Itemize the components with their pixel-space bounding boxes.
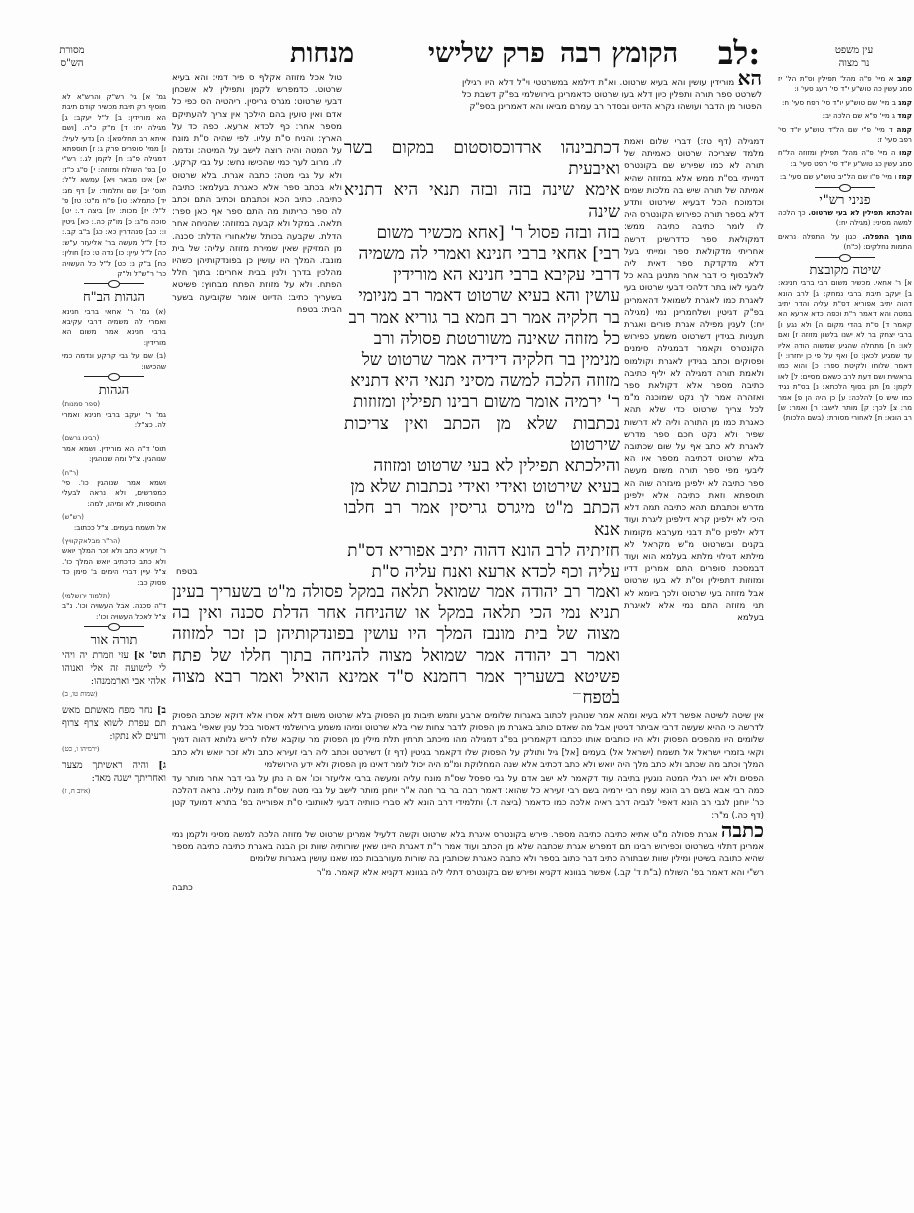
- gemara-line: והילכתא תפילין לא בעי שרטוט ומזוזה: [344, 456, 620, 477]
- ein-mishpat-column: קמב א מיי' פ"ה מהל' תפילין וס"ת הל' יז ס…: [778, 74, 912, 814]
- gemara-line: עליה וכף לכדא ארעא ואנח עליה ס"ת: [344, 562, 620, 578]
- gemara-line: ואמר רב יהודה אמר שמואל תלאה במקל פסולה …: [172, 582, 620, 603]
- ornament-divider: [84, 376, 144, 381]
- gemara-line: חזיתיה לרב הונא דהוה יתיב אפוריא דס"ת: [344, 541, 620, 562]
- ornament-divider: [815, 187, 875, 192]
- footer-commentary: אין שיטה לשיטה אפשר דלא בעיא ומהא אמר שנ…: [172, 710, 764, 1090]
- ornament-divider: [84, 626, 144, 631]
- masoret-hashas-column: גמ' א] גי' רש"ק והרש"א לא מוסיף רק תיבת …: [62, 92, 166, 972]
- gemara-line: כל מזוזה שאינה משורטטת פסולה ורב: [344, 329, 620, 350]
- masoret-hashas-label: מסורת הש"ס: [52, 44, 92, 70]
- gemara-line: ר' ירמיה אומר משום רבינו תפילין ומזוזות: [344, 392, 620, 413]
- source-ref: (רש"ש): [62, 512, 166, 522]
- penei-rashi-title: פניני רש"י: [778, 196, 912, 206]
- gloss-text: תוס' ד"ה הא מורידין. ושמא אמר שנוהגין. צ…: [62, 444, 166, 463]
- verse-text: והיה ראשיתך מצער ואחריתך ישגה מאד:: [62, 760, 166, 784]
- shita-text: א] ר' אחאי. מכשיר משום רבי ברבי חנינא: ב…: [778, 278, 912, 424]
- label-line: עין משפט: [824, 44, 884, 57]
- entry-text: מיי' פ"א שם הלכה יב:: [823, 111, 890, 120]
- commentary-text: אגרת פסולה מ"ט אתיא כתיבה כתיבה מספר. פי…: [172, 830, 764, 864]
- gemara-line: בעיא שירטוט ואידי ואידי נכתבות שלא מן: [344, 477, 620, 498]
- verse-source: (ירמיהו ו, כט): [62, 743, 166, 756]
- label-line: הש"ס: [52, 57, 92, 70]
- page-number: לב:: [718, 34, 760, 72]
- tosafot-intro: הא מורידין עושין והא בעיא שרטוט. וא"ת די…: [462, 72, 762, 134]
- entry-label: קמד: [897, 111, 912, 120]
- verse-marker: ג]: [158, 760, 166, 771]
- verse-text: נחר מפח מאשתם מאש תם עפרת לשוא צרף צרוף …: [62, 705, 166, 742]
- entry-letter: ב: [892, 98, 896, 107]
- entry-label: קמג: [898, 98, 912, 107]
- bach-title: הגהות הב"ח: [62, 292, 166, 304]
- tractate-title: מנחות: [290, 38, 354, 69]
- ein-mishpat-entry: קמד ג מיי' פ"א שם הלכה יב:: [778, 111, 912, 121]
- gemara-line: בר חלקיה אמר רב חמא בר גוריא אמר רב: [344, 308, 620, 329]
- verse-source: (שמות טו, ב): [62, 688, 166, 701]
- gemara-line: ואמר רב יהודה אמר שמואל מצוה להניחה בתוך…: [172, 646, 620, 667]
- commentary-paragraph: כתבה אגרת פסולה מ"ט אתיא כתיבה כתיבה מספ…: [172, 824, 764, 866]
- source-ref: (תלמוד ירושלמי): [62, 591, 166, 601]
- hagahot-item: (ספר סמנות)גמ' ר' יעקב ברבי חנינא ואמרי …: [62, 399, 166, 430]
- gemara-main: דכתבינהו ארדוכסוסטום במקום בשר ואיבעית א…: [344, 138, 620, 578]
- tosafot-column: דמגילה (דף טז:) דברי שלום ואמת מלמד שצרי…: [624, 136, 764, 696]
- gemara-line: הכתב מ"ט מיגרס גריסין אמר רב חלבו אנא: [344, 498, 620, 540]
- commentary-dibur: כתבה: [721, 818, 764, 842]
- gemara-wide: ואמר רב יהודה אמר שמואל תלאה במקל פסולה …: [172, 582, 620, 694]
- entry-label: קמה: [897, 125, 912, 134]
- hagahot-item: (רש"ש)אל תשמח בעמים. צ"ל ככתוב:: [62, 512, 166, 533]
- verse-marker: ב]: [157, 705, 166, 716]
- entry-letter: ה: [891, 148, 896, 157]
- chapter-number: פרק שלישי: [428, 38, 545, 69]
- torah-or-item: ב] נחר מפח מאשתם מאש תם עפרת לשוא צרף צר…: [62, 704, 166, 756]
- entry-label: קמו: [899, 148, 912, 157]
- source-ref: (ספר סמנות): [62, 399, 166, 409]
- hagahot-item: (רבינו גרשם)תוס' ד"ה הא מורידין. ושמא אמ…: [62, 433, 166, 464]
- gemara-line: דרבי עקיבא ברבי חנינא הא מורידין: [344, 265, 620, 286]
- entry-letter: ג: [892, 111, 895, 120]
- entry-letter: ו: [894, 172, 896, 181]
- gloss-text: ושמא אמר שנוהגין כו'. פי' כמפרשים, ולא נ…: [62, 478, 166, 508]
- item-head: והלכתא תפילין לא בעי שרטוט.: [808, 208, 912, 217]
- rashi-column: טול אכל מזוזה אקלף ס פיר דמי: והא בעיא ש…: [172, 72, 342, 562]
- commentary-paragraph: אין שיטה לשיטה אפשר דלא בעיא ומהא אמר שנ…: [172, 710, 764, 771]
- gemara-line: מצוה של בית מונבז המלך היו עושין בפונדקו…: [172, 624, 620, 645]
- gemara-line: רבי] אחאי ברבי חנינא ואמרי לה משמיה: [344, 244, 620, 265]
- bach-item: (א) גמ' ר' אחאי ברבי חנינא ואמרי לה משמי…: [62, 307, 166, 349]
- gemara-line: מזוזה הלכה למשה מסיני תנאי היא דתניא: [344, 371, 620, 392]
- gloss-text: ר' זעירא כתב ולא זכר המלך יואש ולא כתב כ…: [62, 546, 166, 586]
- bach-item: (ב) שם על גבי קרקע ונדמה כמי שהכישו:: [62, 351, 166, 372]
- gemara-line: עושין והא בעיא שרטוט דאמר רב מניומי: [344, 286, 620, 307]
- item-head: מתוך התפלה.: [862, 232, 912, 241]
- entry-text: מיי' פ"ו שם הל"יב טוש"ע שם סעי' ב:: [780, 172, 892, 181]
- gemara-line: בזה ובזה פסול ר' [אחא מכשיר משום: [344, 223, 620, 244]
- footer-catchword: כתבה: [172, 882, 764, 894]
- gemara-line: מנימין בר חלקיה דידיה אמר שרטוט של: [344, 350, 620, 371]
- label-line: מסורת: [52, 44, 92, 57]
- tosafot-intro-text: מורידין עושין והא בעיא שרטוט. וא"ת דילמא…: [462, 78, 762, 112]
- commentary-text: הפסים ולא יאו רגלי המטה נוגעין בתיבה עוד…: [172, 774, 764, 821]
- gloss-text: גמ' ר' יעקב ברבי חנינא ואמרי לה. כצ"ל:: [62, 410, 166, 429]
- gloss-text: אל תשמח בעמים. צ"ל ככתוב:: [74, 523, 166, 532]
- hagahot-item: (ר"ח)ושמא אמר שנוהגין כו'. פי' כמפרשים, …: [62, 468, 166, 510]
- rashi-text: טול אכל מזוזה אקלף ס פיר דמי: והא בעיא ש…: [172, 72, 342, 316]
- torah-or-title: תורה אור: [62, 635, 166, 647]
- hagahot-item: (תלמוד ירושלמי)ד"ה סכנה. אבל העשויה וכו'…: [62, 591, 166, 622]
- entry-text: מיי' שם טוש"ע יו"ד סי' רפח סעי' ח:: [782, 98, 890, 107]
- gemara-last-line: בטפח: [172, 688, 620, 710]
- entry-letter: א: [889, 74, 894, 83]
- penei-rashi-item: מתוך התפלה. כגון על התפלה נראים התמות נח…: [778, 232, 912, 253]
- commentary-paragraph: רש"י והא דאמר בפ' השולח (ב"ת ד' קב.) אפש…: [172, 867, 764, 879]
- source-ref: (ר"ח): [62, 468, 166, 478]
- chapter-name: הקומץ רבה: [560, 38, 678, 69]
- tosafot-text: דמגילה (דף טז:) דברי שלום ואמת מלמד שצרי…: [624, 136, 764, 624]
- label-line: נר מצוה: [824, 57, 884, 70]
- source-ref: (רבינו גרשם): [62, 433, 166, 443]
- ornament-divider: [84, 283, 144, 288]
- gemara-line: דכתבינהו ארדוכסוסטום במקום בשר ואיבעית: [344, 138, 620, 180]
- shita-title: שיטה מקובצת: [778, 266, 912, 276]
- ein-mishpat-label: עין משפט נר מצוה: [824, 44, 884, 70]
- rashi-catchword: בטפח: [176, 566, 236, 580]
- ornament-divider: [815, 257, 875, 262]
- gemara-line: אימא שינה בזה ובזה תנאי היא דתניא שינה: [344, 180, 620, 222]
- hagahot-title: הגהות: [62, 385, 166, 397]
- source-ref: (הר"ר מבלאקקוויץ): [62, 536, 166, 546]
- entry-letter: ד: [889, 125, 893, 134]
- masoret-entries: גמ' א] גי' רש"ק והרש"א לא מוסיף רק תיבת …: [62, 92, 166, 279]
- tosafot-dibur: הא: [738, 72, 762, 90]
- gemara-line: בטפח: [172, 688, 620, 709]
- ein-mishpat-entry: קמג ב מיי' שם טוש"ע יו"ד סי' רפח סעי' ח:: [778, 98, 912, 108]
- verse-marker: תוס' א]: [134, 650, 166, 661]
- ein-mishpat-entry: קמו ה מיי' פ"ה מהל' תפילין ומזוזה הל"ח ס…: [778, 148, 912, 169]
- ein-mishpat-entry: קמז ו מיי' פ"ו שם הל"יב טוש"ע שם סעי' ב:: [778, 172, 912, 182]
- verse-source: (איוב ח, ז): [62, 785, 166, 798]
- entry-label: קמב: [897, 74, 912, 83]
- ein-mishpat-entry: קמב א מיי' פ"ה מהל' תפילין וס"ת הל' יז ס…: [778, 74, 912, 95]
- gloss-text: ד"ה סכנה. אבל העשויה וכו'. נ"ב צ"ל לאכל …: [62, 601, 166, 620]
- gemara-line: נכתבות שלא מן הכתב ואין צריכות שירטוט: [344, 414, 620, 456]
- ein-mishpat-entry: קמה ד מיי' פ"י שם הל"ד טוש"ע יו"ד סי' רפ…: [778, 125, 912, 146]
- penei-rashi-item: והלכתא תפילין לא בעי שרטוט. כך הלכה למשה…: [778, 208, 912, 229]
- page-header: מסורת הש"ס מנחות פרק שלישי הקומץ רבה לב:…: [0, 32, 914, 82]
- entry-label: קמז: [899, 172, 912, 181]
- commentary-paragraph: הפסים ולא יאו רגלי המטה נוגעין בתיבה עוד…: [172, 773, 764, 822]
- hagahot-item: (הר"ר מבלאקקוויץ)ר' זעירא כתב ולא זכר המ…: [62, 536, 166, 588]
- torah-or-item: ג] והיה ראשיתך מצער ואחריתך ישגה מאד:(אי…: [62, 759, 166, 798]
- gemara-line: תניא נמי הכי תלאה במקל או שהניחה אחר הדל…: [172, 603, 620, 624]
- torah-or-item: תוס' א] עזי וזמרת יה ויהי לי לישועה זה א…: [62, 649, 166, 701]
